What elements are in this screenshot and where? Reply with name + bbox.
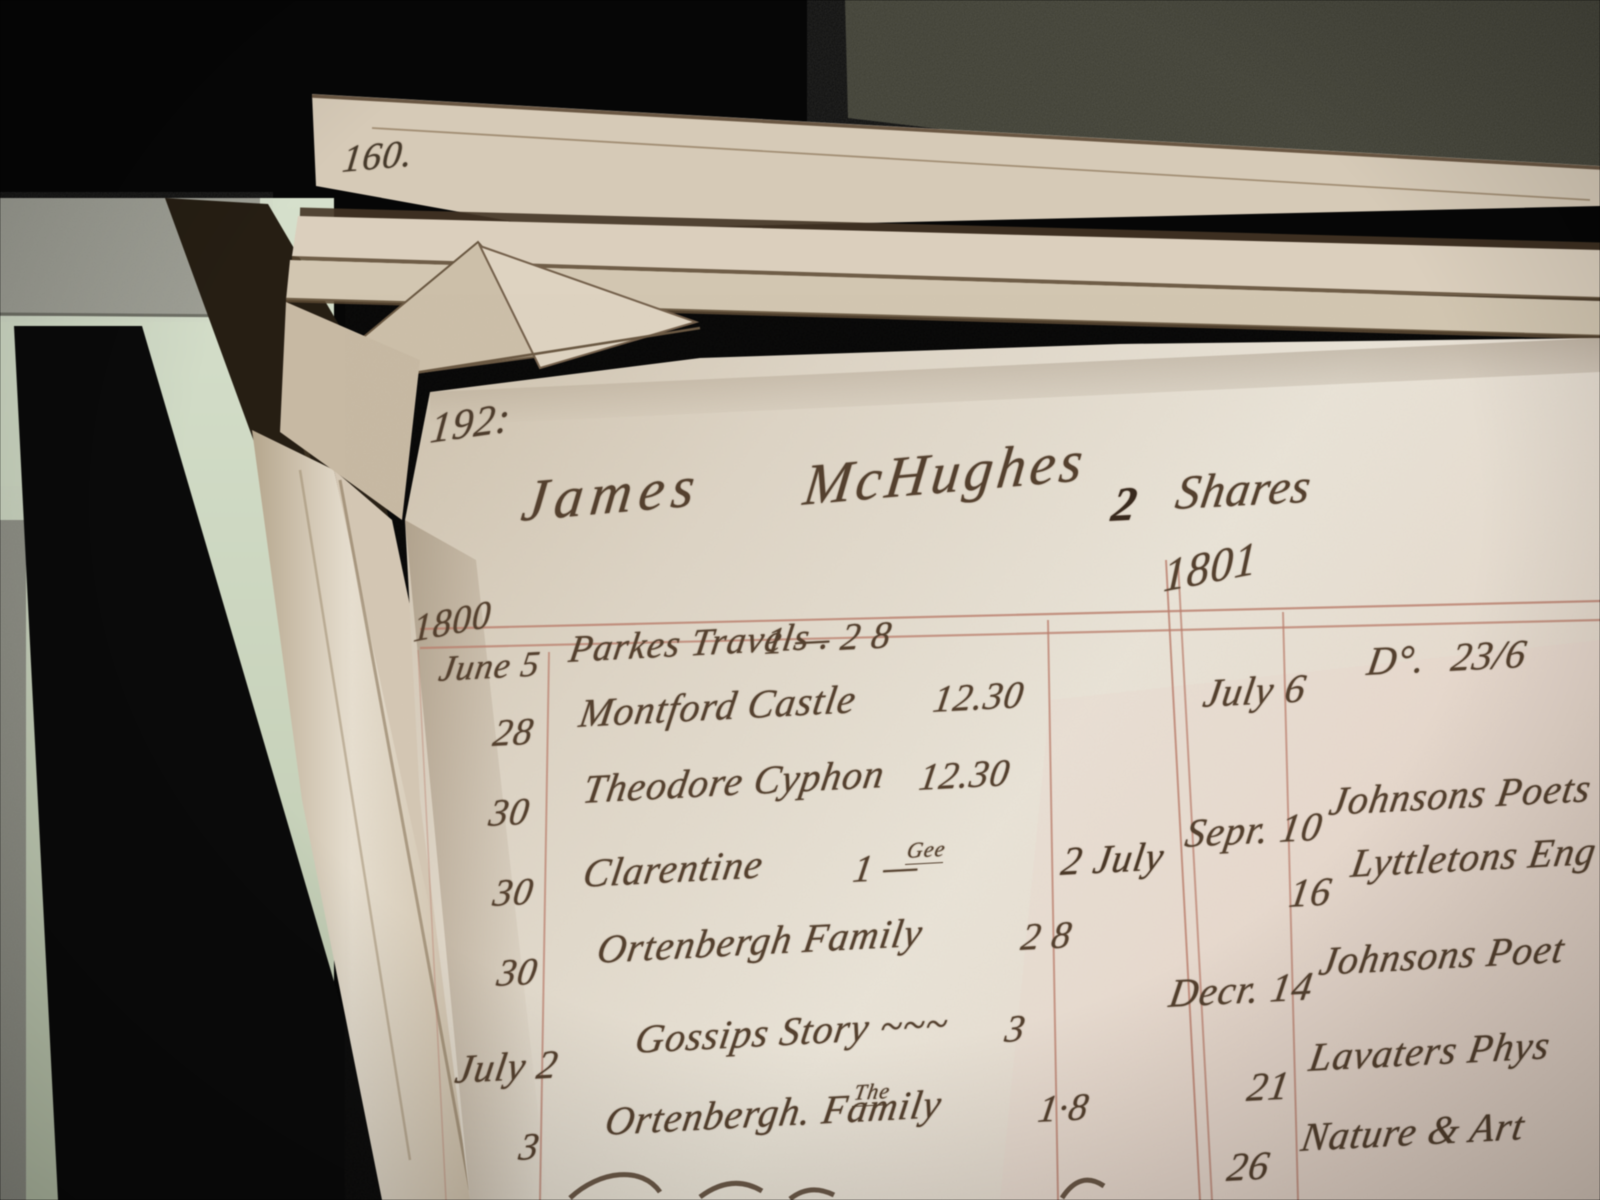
row-date: 30	[486, 789, 533, 836]
ledger-photo: 160. 192: James McHughes 2 Shares 1800 J…	[0, 0, 1600, 1200]
row-amount: 12.30	[930, 673, 1027, 722]
right-year: 1801	[1162, 530, 1259, 603]
row-title: Clarentine	[580, 840, 767, 897]
row-amount: 3	[1002, 1007, 1029, 1052]
row-title: Lyttletons Eng	[1348, 827, 1600, 887]
header-shares-count: 2	[1108, 476, 1142, 533]
row-note: 2 July	[1058, 832, 1168, 885]
row-title: D°.	[1364, 635, 1429, 685]
page-number-upper-sheet: 160.	[340, 131, 416, 182]
row-title: Johnsons Poet	[1316, 925, 1568, 985]
row-date: 3	[516, 1125, 543, 1170]
row-title: Ortenbergh. Family	[602, 1080, 946, 1145]
row-date: 21	[1244, 1061, 1293, 1111]
row-title: Montford Castle	[576, 675, 860, 737]
row-superscript: The	[852, 1078, 892, 1107]
row-date: June 5	[436, 642, 544, 690]
row-amount: 1 — 2 8	[762, 613, 895, 664]
row-date: 30	[494, 949, 541, 996]
row-date: July 2	[452, 1040, 562, 1093]
row-title: Ortenbergh Family	[594, 909, 927, 973]
row-title: Johnsons Poets	[1326, 764, 1595, 825]
row-amount: 12.30	[916, 751, 1013, 800]
row-date: 16	[1286, 867, 1335, 917]
row-date: 28	[490, 709, 537, 756]
row-amount: 23/6	[1448, 630, 1531, 681]
row-amount: 2 8	[1018, 913, 1075, 960]
row-date: Decr. 14	[1166, 962, 1317, 1017]
row-date: 26	[1224, 1141, 1273, 1191]
row-title: Gossips Story ~~~	[632, 999, 952, 1063]
header-first-name: James	[518, 451, 706, 535]
row-title: Nature & Art	[1298, 1102, 1528, 1161]
row-title: Lavaters Phys	[1306, 1021, 1554, 1081]
page-number-current: 192:	[428, 394, 513, 454]
header-shares-label: Shares	[1172, 458, 1316, 521]
row-date: 30	[490, 869, 537, 916]
row-title: Theodore Cyphon	[580, 750, 888, 813]
handwriting-layer: 160. 192: James McHughes 2 Shares 1800 J…	[0, 0, 1600, 1200]
left-year: 1800	[412, 591, 493, 652]
row-amount: 1·8	[1035, 1085, 1092, 1132]
row-amount: 1 —	[850, 844, 922, 892]
header-surname: McHughes	[800, 426, 1091, 519]
row-date: July 6	[1200, 664, 1310, 717]
row-date: Sepr. 10	[1182, 802, 1326, 857]
